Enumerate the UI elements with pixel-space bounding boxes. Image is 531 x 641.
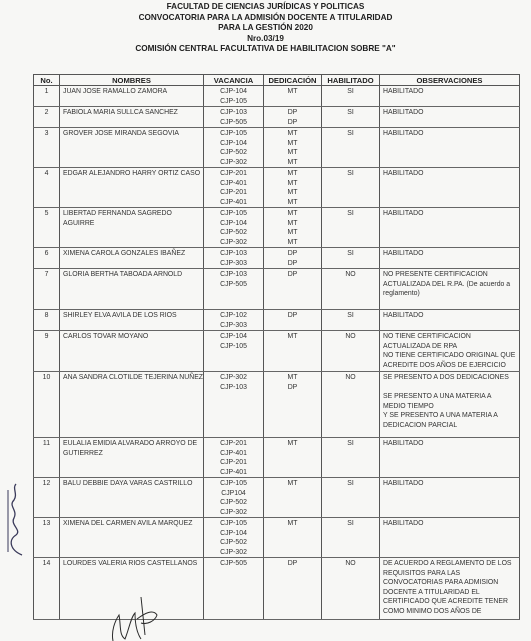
candidate-name-line: XIMENA DEL CARMEN AVILA MARQUEZ — [63, 519, 200, 529]
dedicacion-list: MTMTMTMT — [264, 208, 322, 248]
table-header-row: No. NOMBRES VACANCIA DEDICACIÓN HABILITA… — [34, 75, 520, 86]
dedicacion-list: MTMTMTMT — [264, 168, 322, 208]
dedicacion-list: DPDP — [264, 107, 322, 128]
observaciones-text-line: reglamento) — [383, 289, 516, 299]
column-header-observaciones: OBSERVACIONES — [380, 75, 520, 86]
observaciones-text-line: SE PRESENTO A UNA MATERIA A — [383, 392, 516, 402]
candidate-name-line: GLORIA BERTHA TABOADA ARNOLD — [63, 270, 200, 280]
observaciones-text-line: NO TIENE CERTIFICACION — [383, 332, 516, 342]
observaciones-text-line: HABILITADO — [383, 87, 516, 97]
table-row: 2FABIOLA MARIA SULLCA SANCHEZCJP-103CJP-… — [34, 107, 520, 128]
vacancia-list: CJP-201CJP-401CJP-201CJP-401 — [204, 438, 264, 478]
dedicacion-list: DP — [264, 310, 322, 331]
dedicacion-list-line: MT — [267, 87, 318, 97]
dedicacion-list: MTMTMTMT — [264, 128, 322, 168]
dedicacion-list-line: MT — [267, 188, 318, 198]
signature-left-icon — [2, 480, 28, 560]
dedicacion-list-line: MT — [267, 209, 318, 219]
column-header-vacancia: VACANCIA — [204, 75, 264, 86]
observaciones-text-line — [383, 383, 516, 393]
table-row: 10ANA SANDRA CLOTILDE TEJERINA NUÑEZCJP-… — [34, 372, 520, 438]
table-row: 12BALU DEBBIE DAYA VARAS CASTRILLOCJP-10… — [34, 478, 520, 518]
habilitado-status: SI — [322, 438, 380, 478]
observaciones-text-line: HABILITADO — [383, 249, 516, 259]
dedicacion-list-line: MT — [267, 198, 318, 208]
dedicacion-list: DPDP — [264, 248, 322, 269]
candidate-name-line: CARLOS TOVAR MOYANO — [63, 332, 200, 342]
habilitado-status: NO — [322, 372, 380, 438]
observaciones-text-line: Y SE PRESENTO A UNA MATERIA A — [383, 411, 516, 421]
vacancia-list-line: CJP-302 — [207, 548, 260, 558]
observaciones-text: NO TIENE CERTIFICACIONACTUALIZADA DE RPA… — [380, 331, 520, 372]
observaciones-text: HABILITADO — [380, 518, 520, 558]
habilitado-status: SI — [322, 86, 380, 107]
candidate-name-line: LOURDES VALERIA RIOS CASTELLANOS — [63, 559, 200, 569]
observaciones-text: HABILITADO — [380, 438, 520, 478]
candidate-name-line: XIMENA CAROLA GONZALES IBAÑEZ — [63, 249, 200, 259]
dedicacion-list-line: MT — [267, 479, 318, 489]
vacancia-list-line: CJP-505 — [207, 118, 260, 128]
habilitado-status: NO — [322, 558, 380, 620]
table-body: 1JUAN JOSE RAMALLO ZAMORACJP-104CJP-105M… — [34, 86, 520, 620]
vacancia-list-line: CJP-105 — [207, 97, 260, 107]
row-number: 4 — [34, 168, 60, 208]
row-number: 13 — [34, 518, 60, 558]
vacancia-list-line: CJP-302 — [207, 373, 260, 383]
dedicacion-list-line: DP — [267, 311, 318, 321]
candidate-name: GLORIA BERTHA TABOADA ARNOLD — [60, 269, 204, 310]
vacancia-list: CJP-505 — [204, 558, 264, 620]
observaciones-text-line: HABILITADO — [383, 311, 516, 321]
observaciones-text-line: CONVOCATORIAS PARA ADMISION — [383, 578, 516, 588]
dedicacion-list-line: DP — [267, 108, 318, 118]
header-number: Nro.03/19 — [0, 34, 531, 45]
candidate-name: EDGAR ALEJANDRO HARRY ORTIZ CASO — [60, 168, 204, 208]
candidate-name-line: ANA SANDRA CLOTILDE TEJERINA NUÑEZ — [63, 373, 200, 383]
vacancia-list-line: CJP-104 — [207, 87, 260, 97]
vacancia-list-line: CJP-201 — [207, 439, 260, 449]
dedicacion-list: MT — [264, 478, 322, 518]
vacancia-list-line: CJP-302 — [207, 508, 260, 518]
observaciones-text-line: HABILITADO — [383, 108, 516, 118]
candidate-name: EULALIA EMIDIA ALVARADO ARROYO DEGUTIERR… — [60, 438, 204, 478]
dedicacion-list: MT — [264, 331, 322, 372]
dedicacion-list: MT — [264, 518, 322, 558]
table-row: 9CARLOS TOVAR MOYANOCJP-104CJP-105MTNONO… — [34, 331, 520, 372]
row-number: 1 — [34, 86, 60, 107]
vacancia-list: CJP-302CJP-103 — [204, 372, 264, 438]
observaciones-text-line: ACTUALIZADA DEL R.PA. (De acuerdo a — [383, 280, 516, 290]
vacancia-list-line: CJP-502 — [207, 148, 260, 158]
vacancia-list-line: CJP-302 — [207, 158, 260, 168]
candidate-name: XIMENA CAROLA GONZALES IBAÑEZ — [60, 248, 204, 269]
candidate-name-line: EDGAR ALEJANDRO HARRY ORTIZ CASO — [63, 169, 200, 179]
candidate-name: FABIOLA MARIA SULLCA SANCHEZ — [60, 107, 204, 128]
observaciones-text: HABILITADO — [380, 128, 520, 168]
habilitado-status: NO — [322, 331, 380, 372]
observaciones-text-line: COMO MINIMO DOS AÑOS DE — [383, 607, 516, 617]
vacancia-list: CJP-104CJP-105 — [204, 86, 264, 107]
table-row: 5LIBERTAD FERNANDA SAGREDOAGUIRRECJP-105… — [34, 208, 520, 248]
header-faculty: FACULTAD DE CIENCIAS JURÍDICAS Y POLITIC… — [0, 2, 531, 13]
table-row: 8SHIRLEY ELVA AVILA DE LOS RIOSCJP-102CJ… — [34, 310, 520, 331]
vacancia-list: CJP-103CJP-505 — [204, 269, 264, 310]
vacancia-list-line: CJP-502 — [207, 228, 260, 238]
candidates-table: No. NOMBRES VACANCIA DEDICACIÓN HABILITA… — [33, 74, 520, 620]
observaciones-text-line: NO TIENE CERTIFICADO ORIGINAL QUE — [383, 351, 516, 361]
dedicacion-list-line: DP — [267, 383, 318, 393]
vacancia-list-line: CJP-505 — [207, 280, 260, 290]
vacancia-list: CJP-105CJP104CJP-502CJP-302 — [204, 478, 264, 518]
candidate-name: SHIRLEY ELVA AVILA DE LOS RIOS — [60, 310, 204, 331]
observaciones-text: HABILITADO — [380, 248, 520, 269]
dedicacion-list-line: DP — [267, 559, 318, 569]
candidate-name: GROVER JOSE MIRANDA SEGOVIA — [60, 128, 204, 168]
dedicacion-list-line: DP — [267, 118, 318, 128]
column-header-dedicacion: DEDICACIÓN — [264, 75, 322, 86]
dedicacion-list-line: MT — [267, 228, 318, 238]
dedicacion-list: MTDP — [264, 372, 322, 438]
row-number: 6 — [34, 248, 60, 269]
vacancia-list-line: CJP-104 — [207, 139, 260, 149]
vacancia-list-line: CJP-105 — [207, 519, 260, 529]
observaciones-text-line: DEDICACION PARCIAL — [383, 421, 516, 431]
row-number: 11 — [34, 438, 60, 478]
dedicacion-list-line: MT — [267, 129, 318, 139]
observaciones-text-line: HABILITADO — [383, 209, 516, 219]
observaciones-text-line: REQUISITOS PARA LAS — [383, 569, 516, 579]
vacancia-list-line: CJP-103 — [207, 383, 260, 393]
vacancia-list: CJP-105CJP-104CJP-502CJP-302 — [204, 518, 264, 558]
dedicacion-list-line: DP — [267, 259, 318, 269]
vacancia-list-line: CJP-103 — [207, 249, 260, 259]
candidate-name: CARLOS TOVAR MOYANO — [60, 331, 204, 372]
observaciones-text-line: ACREDITE DOS AÑOS DE EJERCICIO — [383, 361, 516, 371]
dedicacion-list-line: DP — [267, 270, 318, 280]
dedicacion-list-line: MT — [267, 179, 318, 189]
vacancia-list-line: CJP104 — [207, 489, 260, 499]
habilitado-status: SI — [322, 518, 380, 558]
vacancia-list-line: CJP-201 — [207, 169, 260, 179]
vacancia-list-line: CJP-505 — [207, 559, 260, 569]
column-header-no: No. — [34, 75, 60, 86]
observaciones-text-line: DOCENTE A TITULARIDAD EL — [383, 588, 516, 598]
row-number: 2 — [34, 107, 60, 128]
dedicacion-list-line: MT — [267, 148, 318, 158]
vacancia-list-line: CJP-401 — [207, 179, 260, 189]
vacancia-list-line: CJP-105 — [207, 209, 260, 219]
table-row: 4EDGAR ALEJANDRO HARRY ORTIZ CASOCJP-201… — [34, 168, 520, 208]
row-number: 7 — [34, 269, 60, 310]
vacancia-list-line: CJP-303 — [207, 259, 260, 269]
column-header-habilitado: HABILITADO — [322, 75, 380, 86]
table-row: 11EULALIA EMIDIA ALVARADO ARROYO DEGUTIE… — [34, 438, 520, 478]
vacancia-list-line: CJP-103 — [207, 270, 260, 280]
habilitado-status: SI — [322, 310, 380, 331]
habilitado-status: SI — [322, 107, 380, 128]
observaciones-text: HABILITADO — [380, 107, 520, 128]
observaciones-text-line: HABILITADO — [383, 519, 516, 529]
vacancia-list: CJP-103CJP-505 — [204, 107, 264, 128]
observaciones-text-line: DE ACUERDO A REGLAMENTO DE LOS — [383, 559, 516, 569]
observaciones-text-line: ACTUALIZADA DE RPA — [383, 342, 516, 352]
candidate-name-line: SHIRLEY ELVA AVILA DE LOS RIOS — [63, 311, 200, 321]
vacancia-list-line: CJP-104 — [207, 529, 260, 539]
candidate-name-line: LIBERTAD FERNANDA SAGREDO — [63, 209, 200, 219]
vacancia-list: CJP-104CJP-105 — [204, 331, 264, 372]
row-number: 12 — [34, 478, 60, 518]
vacancia-list: CJP-105CJP-104CJP-502CJP-302 — [204, 208, 264, 248]
table-row: 3GROVER JOSE MIRANDA SEGOVIACJP-105CJP-1… — [34, 128, 520, 168]
candidate-name: LOURDES VALERIA RIOS CASTELLANOS — [60, 558, 204, 620]
column-header-nombres: NOMBRES — [60, 75, 204, 86]
document-header: FACULTAD DE CIENCIAS JURÍDICAS Y POLITIC… — [0, 2, 531, 55]
candidate-name: XIMENA DEL CARMEN AVILA MARQUEZ — [60, 518, 204, 558]
observaciones-text: HABILITADO — [380, 208, 520, 248]
header-commission: COMISIÓN CENTRAL FACULTATIVA DE HABILITA… — [0, 44, 531, 55]
candidate-name: BALU DEBBIE DAYA VARAS CASTRILLO — [60, 478, 204, 518]
candidate-name: JUAN JOSE RAMALLO ZAMORA — [60, 86, 204, 107]
habilitado-status: SI — [322, 128, 380, 168]
observaciones-text: HABILITADO — [380, 310, 520, 331]
vacancia-list: CJP-201CJP-401CJP-201CJP-401 — [204, 168, 264, 208]
observaciones-text: NO PRESENTE CERTIFICACIONACTUALIZADA DEL… — [380, 269, 520, 310]
row-number: 9 — [34, 331, 60, 372]
observaciones-text-line: MEDIO TIEMPO — [383, 402, 516, 412]
dedicacion-list: DP — [264, 269, 322, 310]
observaciones-text-line: HABILITADO — [383, 129, 516, 139]
vacancia-list-line: CJP-502 — [207, 538, 260, 548]
vacancia-list: CJP-103CJP-303 — [204, 248, 264, 269]
dedicacion-list: MT — [264, 438, 322, 478]
dedicacion-list-line: MT — [267, 158, 318, 168]
table-row: 6XIMENA CAROLA GONZALES IBAÑEZCJP-103CJP… — [34, 248, 520, 269]
dedicacion-list-line: MT — [267, 519, 318, 529]
observaciones-text-line: NO PRESENTE CERTIFICACION — [383, 270, 516, 280]
vacancia-list: CJP-102CJP-303 — [204, 310, 264, 331]
vacancia-list: CJP-105CJP-104CJP-502CJP-302 — [204, 128, 264, 168]
habilitado-status: SI — [322, 208, 380, 248]
dedicacion-list-line: MT — [267, 169, 318, 179]
vacancia-list-line: CJP-103 — [207, 108, 260, 118]
dedicacion-list-line: MT — [267, 219, 318, 229]
observaciones-text-line: HABILITADO — [383, 169, 516, 179]
header-convocatoria: CONVOCATORIA PARA LA ADMISIÓN DOCENTE A … — [0, 13, 531, 24]
dedicacion-list-line: MT — [267, 139, 318, 149]
habilitado-status: SI — [322, 248, 380, 269]
vacancia-list-line: CJP-302 — [207, 238, 260, 248]
vacancia-list-line: CJP-401 — [207, 449, 260, 459]
row-number: 10 — [34, 372, 60, 438]
dedicacion-list-line: MT — [267, 332, 318, 342]
vacancia-list-line: CJP-303 — [207, 321, 260, 331]
candidate-name-line: FABIOLA MARIA SULLCA SANCHEZ — [63, 108, 200, 118]
dedicacion-list-line: MT — [267, 373, 318, 383]
vacancia-list-line: CJP-401 — [207, 468, 260, 478]
observaciones-text-line: HABILITADO — [383, 479, 516, 489]
vacancia-list-line: CJP-401 — [207, 198, 260, 208]
habilitado-status: NO — [322, 269, 380, 310]
dedicacion-list: MT — [264, 86, 322, 107]
vacancia-list-line: CJP-102 — [207, 311, 260, 321]
candidate-name-line: GROVER JOSE MIRANDA SEGOVIA — [63, 129, 200, 139]
row-number: 3 — [34, 128, 60, 168]
habilitado-status: SI — [322, 168, 380, 208]
candidate-name-line: BALU DEBBIE DAYA VARAS CASTRILLO — [63, 479, 200, 489]
vacancia-list-line: CJP-104 — [207, 332, 260, 342]
table-row: 1JUAN JOSE RAMALLO ZAMORACJP-104CJP-105M… — [34, 86, 520, 107]
vacancia-list-line: CJP-201 — [207, 188, 260, 198]
observaciones-text-line: CERTIFICADO QUE ACREDITE TENER — [383, 597, 516, 607]
dedicacion-list-line: MT — [267, 439, 318, 449]
vacancia-list-line: CJP-105 — [207, 129, 260, 139]
row-number: 14 — [34, 558, 60, 620]
observaciones-text: HABILITADO — [380, 168, 520, 208]
candidate-name-line: JUAN JOSE RAMALLO ZAMORA — [63, 87, 200, 97]
candidate-name: LIBERTAD FERNANDA SAGREDOAGUIRRE — [60, 208, 204, 248]
table-row: 14LOURDES VALERIA RIOS CASTELLANOSCJP-50… — [34, 558, 520, 620]
row-number: 5 — [34, 208, 60, 248]
candidate-name-line: GUTIERREZ — [63, 449, 200, 459]
header-gestion: PARA LA GESTIÓN 2020 — [0, 23, 531, 34]
dedicacion-list-line: DP — [267, 249, 318, 259]
dedicacion-list-line: MT — [267, 238, 318, 248]
observaciones-text: HABILITADO — [380, 86, 520, 107]
observaciones-text: DE ACUERDO A REGLAMENTO DE LOSREQUISITOS… — [380, 558, 520, 620]
vacancia-list-line: CJP-105 — [207, 479, 260, 489]
habilitado-status: SI — [322, 478, 380, 518]
vacancia-list-line: CJP-502 — [207, 498, 260, 508]
row-number: 8 — [34, 310, 60, 331]
candidate-name-line: EULALIA EMIDIA ALVARADO ARROYO DE — [63, 439, 200, 449]
vacancia-list-line: CJP-104 — [207, 219, 260, 229]
observaciones-text: HABILITADO — [380, 478, 520, 518]
candidate-name-line: AGUIRRE — [63, 219, 200, 229]
table-row: 7GLORIA BERTHA TABOADA ARNOLDCJP-103CJP-… — [34, 269, 520, 310]
observaciones-text-line: SE PRESENTO A DOS DEDICACIONES — [383, 373, 516, 383]
vacancia-list-line: CJP-201 — [207, 458, 260, 468]
observaciones-text: SE PRESENTO A DOS DEDICACIONES SE PRESEN… — [380, 372, 520, 438]
vacancia-list-line: CJP-105 — [207, 342, 260, 352]
dedicacion-list: DP — [264, 558, 322, 620]
candidate-name: ANA SANDRA CLOTILDE TEJERINA NUÑEZ — [60, 372, 204, 438]
observaciones-text-line: HABILITADO — [383, 439, 516, 449]
table-row: 13XIMENA DEL CARMEN AVILA MARQUEZCJP-105… — [34, 518, 520, 558]
